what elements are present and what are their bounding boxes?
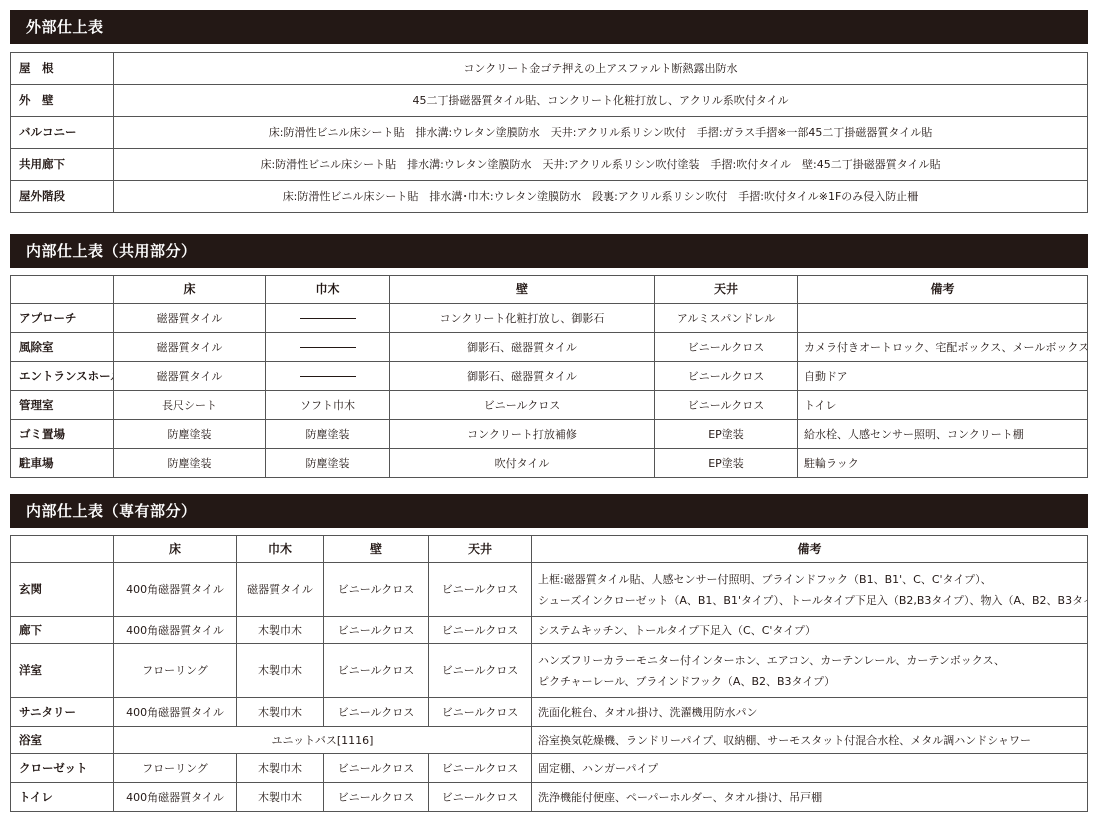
note-line: 浴室換気乾燥機、ランドリーパイプ、収納棚、サーモスタット付混合水栓、メタル調ハン…	[538, 730, 1081, 751]
merged-finish-cell: ユニットバス[1116]	[114, 727, 532, 754]
wall-cell: 吹付タイル	[390, 449, 655, 478]
floor-cell: 400角磁器質タイル	[114, 698, 237, 727]
note-cell: 給水栓、人感センサー照明、コンクリート棚	[798, 420, 1088, 449]
note-cell: 駐輪ラック	[798, 449, 1088, 478]
table-row: 玄関 400角磁器質タイル 磁器質タイル ビニールクロス ビニールクロス 上框:…	[11, 563, 1088, 617]
row-label: クローゼット	[11, 754, 114, 783]
dash-line	[300, 376, 356, 377]
table-row: 廊下 400角磁器質タイル 木製巾木 ビニールクロス ビニールクロス システムキ…	[11, 617, 1088, 644]
row-label: 共用廊下	[11, 149, 114, 181]
baseboard-cell	[266, 362, 390, 391]
row-label: 廊下	[11, 617, 114, 644]
table-row: ゴミ置場 防塵塗装 防塵塗装 コンクリート打放補修 EP塗装 給水栓、人感センサ…	[11, 420, 1088, 449]
note-line: システムキッチン、トールタイプ下足入（C、C'タイプ）	[538, 620, 1081, 641]
wall-cell: ビニールクロス	[324, 563, 429, 617]
row-label: 風除室	[11, 333, 114, 362]
interior-private-finish-table: 床 巾木 壁 天井 備考 玄関 400角磁器質タイル 磁器質タイル ビニールクロ…	[10, 535, 1088, 812]
ceiling-cell: ビニールクロス	[429, 698, 532, 727]
header-note: 備考	[532, 536, 1088, 563]
header-baseboard: 巾木	[266, 276, 390, 304]
ceiling-cell: アルミスパンドレル	[655, 304, 798, 333]
exterior-finish-table: 屋 根 コンクリート金ゴテ押えの上アスファルト断熱露出防水 外 壁 45二丁掛磁…	[10, 52, 1088, 213]
table-row: 風除室 磁器質タイル 御影石、磁器質タイル ビニールクロス カメラ付きオートロッ…	[11, 333, 1088, 362]
table-row: バルコニー 床:防滑性ビニル床シート貼 排水溝:ウレタン塗膜防水 天井:アクリル…	[11, 117, 1088, 149]
row-value: 床:防滑性ビニル床シート貼 排水溝･巾木:ウレタン塗膜防水 段裏:アクリル系リシ…	[114, 181, 1088, 213]
table-row: クローゼット フローリング 木製巾木 ビニールクロス ビニールクロス 固定棚、ハ…	[11, 754, 1088, 783]
note-line: 上框:磁器質タイル貼、人感センサー付照明、ブラインドフック（B1、B1'、C、C…	[538, 569, 1081, 590]
note-cell: 洗浄機能付便座、ペーパーホルダー、タオル掛け、吊戸棚	[532, 783, 1088, 812]
note-cell: 上框:磁器質タイル貼、人感センサー付照明、ブラインドフック（B1、B1'、C、C…	[532, 563, 1088, 617]
floor-cell: 防塵塗装	[114, 449, 266, 478]
table-row: 共用廊下 床:防滑性ビニル床シート貼 排水溝:ウレタン塗膜防水 天井:アクリル系…	[11, 149, 1088, 181]
table-row: 屋外階段 床:防滑性ビニル床シート貼 排水溝･巾木:ウレタン塗膜防水 段裏:アク…	[11, 181, 1088, 213]
note-cell: トイレ	[798, 391, 1088, 420]
note-cell: システムキッチン、トールタイプ下足入（C、C'タイプ）	[532, 617, 1088, 644]
baseboard-cell: 木製巾木	[237, 644, 324, 698]
header-note: 備考	[798, 276, 1088, 304]
table-row: 浴室 ユニットバス[1116] 浴室換気乾燥機、ランドリーパイプ、収納棚、サーモ…	[11, 727, 1088, 754]
header-floor: 床	[114, 536, 237, 563]
baseboard-cell: 木製巾木	[237, 783, 324, 812]
row-label: 管理室	[11, 391, 114, 420]
table-row: アプローチ 磁器質タイル コンクリート化粧打放し、御影石 アルミスパンドレル	[11, 304, 1088, 333]
row-label: エントランスホール	[11, 362, 114, 391]
note-cell: 浴室換気乾燥機、ランドリーパイプ、収納棚、サーモスタット付混合水栓、メタル調ハン…	[532, 727, 1088, 754]
floor-cell: 長尺シート	[114, 391, 266, 420]
wall-cell: ビニールクロス	[324, 644, 429, 698]
row-value: 45二丁掛磁器質タイル貼、コンクリート化粧打放し、アクリル系吹付タイル	[114, 85, 1088, 117]
baseboard-cell: 木製巾木	[237, 617, 324, 644]
note-line: ピクチャーレール、ブラインドフック（A、B2、B3タイプ）	[538, 671, 1081, 692]
note-line: 固定棚、ハンガーパイプ	[538, 758, 1081, 779]
ceiling-cell: ビニールクロス	[655, 333, 798, 362]
table-row: 管理室 長尺シート ソフト巾木 ビニールクロス ビニールクロス トイレ	[11, 391, 1088, 420]
row-label: バルコニー	[11, 117, 114, 149]
wall-cell: ビニールクロス	[324, 617, 429, 644]
note-line: 洗面化粧台、タオル掛け、洗濯機用防水パン	[538, 702, 1081, 723]
ceiling-cell: ビニールクロス	[655, 362, 798, 391]
floor-cell: フローリング	[114, 754, 237, 783]
row-label: サニタリー	[11, 698, 114, 727]
dash-line	[300, 347, 356, 348]
row-label: 駐車場	[11, 449, 114, 478]
baseboard-cell: 木製巾木	[237, 754, 324, 783]
note-line: 洗浄機能付便座、ペーパーホルダー、タオル掛け、吊戸棚	[538, 787, 1081, 808]
row-value: コンクリート金ゴテ押えの上アスファルト断熱露出防水	[114, 53, 1088, 85]
row-value: 床:防滑性ビニル床シート貼 排水溝:ウレタン塗膜防水 天井:アクリル系リシン吹付…	[114, 117, 1088, 149]
row-value: 床:防滑性ビニル床シート貼 排水溝:ウレタン塗膜防水 天井:アクリル系リシン吹付…	[114, 149, 1088, 181]
table-row: サニタリー 400角磁器質タイル 木製巾木 ビニールクロス ビニールクロス 洗面…	[11, 698, 1088, 727]
interior-common-finish-table: 床 巾木 壁 天井 備考 アプローチ 磁器質タイル コンクリート化粧打放し、御影…	[10, 275, 1088, 478]
header-wall: 壁	[324, 536, 429, 563]
header-ceiling: 天井	[655, 276, 798, 304]
ceiling-cell: ビニールクロス	[429, 754, 532, 783]
table-row: 屋 根 コンクリート金ゴテ押えの上アスファルト断熱露出防水	[11, 53, 1088, 85]
wall-cell: 御影石、磁器質タイル	[390, 362, 655, 391]
baseboard-cell: 防塵塗装	[266, 449, 390, 478]
row-label: 外 壁	[11, 85, 114, 117]
baseboard-cell: ソフト巾木	[266, 391, 390, 420]
table-header-row: 床 巾木 壁 天井 備考	[11, 276, 1088, 304]
header-floor: 床	[114, 276, 266, 304]
floor-cell: 400角磁器質タイル	[114, 563, 237, 617]
ceiling-cell: EP塗装	[655, 449, 798, 478]
note-cell: カメラ付きオートロック、宅配ボックス、メールボックス	[798, 333, 1088, 362]
row-label: 屋外階段	[11, 181, 114, 213]
floor-cell: 400角磁器質タイル	[114, 783, 237, 812]
floor-cell: 磁器質タイル	[114, 333, 266, 362]
row-label: 洋室	[11, 644, 114, 698]
table-row: 外 壁 45二丁掛磁器質タイル貼、コンクリート化粧打放し、アクリル系吹付タイル	[11, 85, 1088, 117]
ceiling-cell: ビニールクロス	[429, 617, 532, 644]
wall-cell: ビニールクロス	[324, 698, 429, 727]
baseboard-cell: 防塵塗装	[266, 420, 390, 449]
wall-cell: ビニールクロス	[324, 783, 429, 812]
row-label: トイレ	[11, 783, 114, 812]
row-label: 浴室	[11, 727, 114, 754]
header-empty	[11, 276, 114, 304]
table-row: トイレ 400角磁器質タイル 木製巾木 ビニールクロス ビニールクロス 洗浄機能…	[11, 783, 1088, 812]
header-baseboard: 巾木	[237, 536, 324, 563]
table-header-row: 床 巾木 壁 天井 備考	[11, 536, 1088, 563]
note-cell: 洗面化粧台、タオル掛け、洗濯機用防水パン	[532, 698, 1088, 727]
wall-cell: コンクリート打放補修	[390, 420, 655, 449]
baseboard-cell: 木製巾木	[237, 698, 324, 727]
floor-cell: 400角磁器質タイル	[114, 617, 237, 644]
ceiling-cell: ビニールクロス	[655, 391, 798, 420]
note-line: シューズインクローゼット（A、B1、B1'タイプ）、トールタイプ下足入（B2,B…	[538, 590, 1081, 611]
ceiling-cell: EP塗装	[655, 420, 798, 449]
note-cell: ハンズフリーカラーモニター付インターホン、エアコン、カーテンレール、カーテンボッ…	[532, 644, 1088, 698]
baseboard-cell	[266, 333, 390, 362]
table-row: エントランスホール 磁器質タイル 御影石、磁器質タイル ビニールクロス 自動ドア	[11, 362, 1088, 391]
baseboard-cell: 磁器質タイル	[237, 563, 324, 617]
row-label: アプローチ	[11, 304, 114, 333]
wall-cell: 御影石、磁器質タイル	[390, 333, 655, 362]
interior-private-section-title: 内部仕上表（専有部分）	[10, 494, 1088, 528]
ceiling-cell: ビニールクロス	[429, 644, 532, 698]
floor-cell: 磁器質タイル	[114, 362, 266, 391]
header-empty	[11, 536, 114, 563]
row-label: 玄関	[11, 563, 114, 617]
ceiling-cell: ビニールクロス	[429, 563, 532, 617]
exterior-section-title: 外部仕上表	[10, 10, 1088, 44]
header-ceiling: 天井	[429, 536, 532, 563]
note-cell	[798, 304, 1088, 333]
dash-line	[300, 318, 356, 319]
wall-cell: ビニールクロス	[390, 391, 655, 420]
header-wall: 壁	[390, 276, 655, 304]
floor-cell: 磁器質タイル	[114, 304, 266, 333]
interior-common-section-title: 内部仕上表（共用部分）	[10, 234, 1088, 268]
note-line: ハンズフリーカラーモニター付インターホン、エアコン、カーテンレール、カーテンボッ…	[538, 650, 1081, 671]
wall-cell: コンクリート化粧打放し、御影石	[390, 304, 655, 333]
wall-cell: ビニールクロス	[324, 754, 429, 783]
note-cell: 固定棚、ハンガーパイプ	[532, 754, 1088, 783]
table-row: 駐車場 防塵塗装 防塵塗装 吹付タイル EP塗装 駐輪ラック	[11, 449, 1088, 478]
note-cell: 自動ドア	[798, 362, 1088, 391]
floor-cell: フローリング	[114, 644, 237, 698]
floor-cell: 防塵塗装	[114, 420, 266, 449]
table-row: 洋室 フローリング 木製巾木 ビニールクロス ビニールクロス ハンズフリーカラー…	[11, 644, 1088, 698]
baseboard-cell	[266, 304, 390, 333]
ceiling-cell: ビニールクロス	[429, 783, 532, 812]
row-label: ゴミ置場	[11, 420, 114, 449]
row-label: 屋 根	[11, 53, 114, 85]
